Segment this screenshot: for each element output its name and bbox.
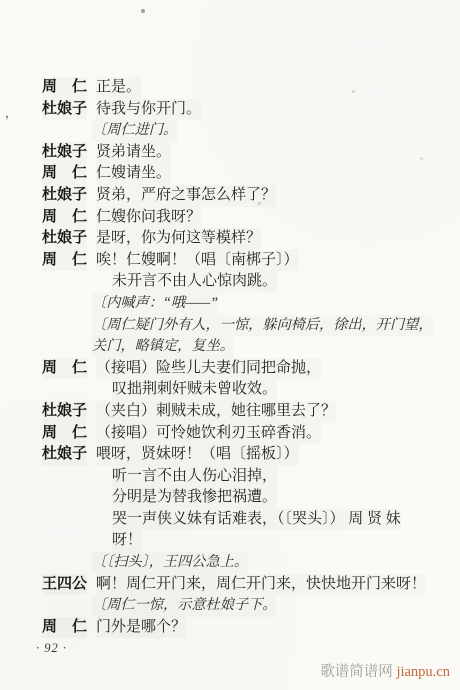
- speaker-name: 周 仁: [42, 358, 87, 380]
- line-text: 〔内喊声：“哦——”: [92, 293, 218, 315]
- watermark-site-name: 歌谱简谱网: [320, 664, 393, 680]
- line-text: （接唱）险些儿夫妻们同把命抛，: [96, 358, 321, 380]
- watermark: 歌谱简谱网 jianpu.cn: [320, 660, 450, 681]
- speaker-name: 王四公: [42, 574, 87, 596]
- scan-speck: [141, 9, 145, 13]
- speaker-name: 周 仁: [42, 423, 87, 445]
- line-text: 啊！周仁开门来，周仁开门来，快快地开门来呀！: [96, 574, 426, 596]
- line-text: 贤弟请坐。: [96, 142, 171, 164]
- verse-line: 哭一声侠义妹有话难表，（〔哭头〕） 周 贤 妹: [0, 509, 460, 531]
- speaker-name: 周 仁: [42, 207, 87, 229]
- verse-line: 分明是为替我惨把祸遭。: [0, 487, 460, 509]
- script-lines: 周 仁正是。杜娘子待我与你开门。〔周仁进门。杜娘子贤弟请坐。周 仁仁嫂请坐。杜娘…: [0, 77, 460, 638]
- line-text: 〔周仁一惊，示意杜娘子下。: [92, 595, 276, 617]
- stage-direction-line: 〔周仁一惊，示意杜娘子下。: [0, 595, 460, 617]
- line-text: 关门，略镇定，复坐。: [92, 336, 234, 358]
- line-text: 门外是哪个？: [96, 617, 186, 639]
- speaker-name: 杜娘子: [42, 185, 87, 207]
- line-text: 呀！: [112, 530, 142, 552]
- speaker-name: 杜娘子: [42, 401, 87, 423]
- dialogue-line: 杜娘子（夹白）刺贼未成，她往哪里去了？: [0, 401, 460, 423]
- line-text: （接唱）可怜她饮利刃玉碎香消。: [96, 423, 321, 445]
- scanned-script-page: ， 周 仁正是。杜娘子待我与你开门。〔周仁进门。杜娘子贤弟请坐。周 仁仁嫂请坐。…: [0, 0, 460, 690]
- dialogue-line: 周 仁门外是哪个？: [0, 617, 460, 639]
- speaker-name: 周 仁: [42, 163, 87, 185]
- line-text: 喂呀，贤妹呀！（唱〔摇板〕）: [96, 444, 299, 466]
- dialogue-line: 王四公啊！周仁开门来，周仁开门来，快快地开门来呀！: [0, 574, 460, 596]
- dialogue-line: 杜娘子喂呀，贤妹呀！（唱〔摇板〕）: [0, 444, 460, 466]
- line-text: 正是。: [96, 77, 141, 99]
- line-text: 唉！仁嫂啊！（唱〔南梆子〕）: [96, 250, 299, 272]
- watermark-site-url: jianpu.cn: [396, 664, 450, 680]
- line-text: 〔〔扫头〕，王四公急上。: [92, 552, 248, 574]
- line-text: 仁嫂你问我呀？: [96, 207, 201, 229]
- speaker-name: 周 仁: [42, 77, 87, 99]
- dialogue-line: 周 仁正是。: [0, 77, 460, 99]
- speaker-name: 杜娘子: [42, 444, 87, 466]
- verse-line: 听一言不由人伤心泪掉，: [0, 466, 460, 488]
- verse-line: 呀！: [0, 530, 460, 552]
- stage-direction-line: 〔内喊声：“哦——”: [0, 293, 460, 315]
- dialogue-line: 周 仁仁嫂请坐。: [0, 163, 460, 185]
- stage-direction-line: 〔周仁进门。: [0, 120, 460, 142]
- speaker-name: 杜娘子: [42, 228, 87, 250]
- dialogue-line: 杜娘子是呀，你为何这等模样？: [0, 228, 460, 250]
- speaker-name: 周 仁: [42, 250, 87, 272]
- dialogue-line: 周 仁唉！仁嫂啊！（唱〔南梆子〕）: [0, 250, 460, 272]
- dialogue-line: 周 仁（接唱）险些儿夫妻们同把命抛，: [0, 358, 460, 380]
- line-text: 待我与你开门。: [96, 99, 201, 121]
- stage-direction-line: 〔〔扫头〕，王四公急上。: [0, 552, 460, 574]
- line-text: 仁嫂请坐。: [96, 163, 171, 185]
- page-number: · 92 ·: [36, 641, 67, 656]
- verse-line: 叹拙荆刺奸贼未曾收效。: [0, 379, 460, 401]
- dialogue-line: 杜娘子贤弟，严府之事怎么样了？: [0, 185, 460, 207]
- speaker-name: 杜娘子: [42, 142, 87, 164]
- line-text: 听一言不由人伤心泪掉，: [112, 466, 277, 488]
- line-text: 叹拙荆刺奸贼未曾收效。: [112, 379, 277, 401]
- dialogue-line: 杜娘子贤弟请坐。: [0, 142, 460, 164]
- line-text: 〔周仁进门。: [92, 120, 177, 142]
- dialogue-line: 周 仁仁嫂你问我呀？: [0, 207, 460, 229]
- line-text: 〔周仁疑门外有人，一惊，躲向椅后，徐出，开门望，: [92, 315, 433, 337]
- verse-line: 未开言不由人心惊肉跳。: [0, 271, 460, 293]
- line-text: 哭一声侠义妹有话难表，（〔哭头〕） 周 贤 妹: [112, 509, 401, 531]
- speaker-name: 周 仁: [42, 617, 87, 639]
- line-text: 是呀，你为何这等模样？: [96, 228, 261, 250]
- dialogue-line: 杜娘子待我与你开门。: [0, 99, 460, 121]
- line-text: （夹白）刺贼未成，她往哪里去了？: [96, 401, 336, 423]
- line-text: 分明是为替我惨把祸遭。: [112, 487, 277, 509]
- dialogue-line: 周 仁（接唱）可怜她饮利刃玉碎香消。: [0, 423, 460, 445]
- line-text: 未开言不由人心惊肉跳。: [112, 271, 277, 293]
- stage-direction-line: 关门，略镇定，复坐。: [0, 336, 460, 358]
- line-text: 贤弟，严府之事怎么样了？: [96, 185, 276, 207]
- stage-direction-line: 〔周仁疑门外有人，一惊，躲向椅后，徐出，开门望，: [0, 315, 460, 337]
- speaker-name: 杜娘子: [42, 99, 87, 121]
